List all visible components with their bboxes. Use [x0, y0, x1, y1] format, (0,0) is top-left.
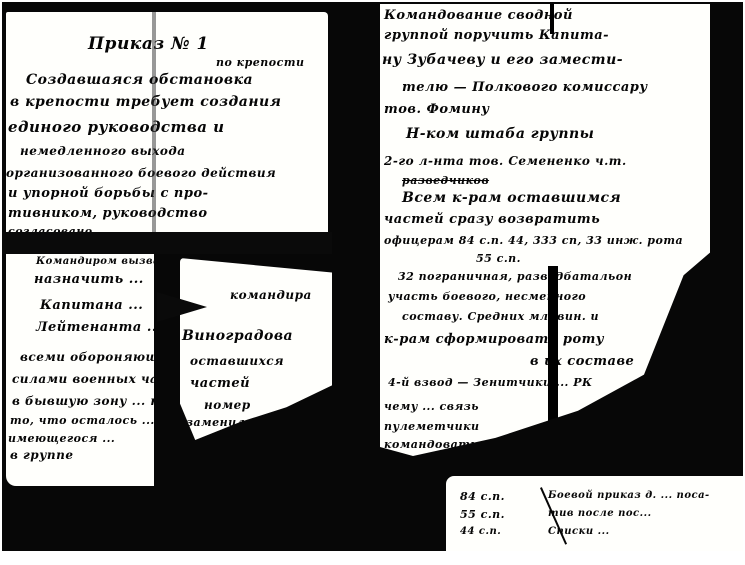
handwritten-line: тов. Фомину	[384, 102, 490, 117]
handwritten-line: частей сразу возвратить	[384, 212, 600, 227]
handwritten-line: группой поручить Капита-	[384, 28, 609, 43]
vertical-crease	[550, 4, 554, 34]
handwritten-line: командовать	[384, 438, 478, 451]
handwritten-line: и упорной борьбы с про-	[8, 186, 209, 201]
handwritten-line: 84 с.п.	[460, 490, 505, 503]
handwritten-line: составу. Средних мл. вин. и	[402, 310, 599, 323]
handwritten-line: немедленного выхода	[20, 144, 186, 158]
handwritten-line: всеми обороняющ. оставшими	[20, 350, 154, 364]
handwritten-line: Капитана ...	[40, 298, 143, 313]
handwritten-line: номер	[204, 398, 251, 412]
handwritten-line: Списки ...	[548, 526, 610, 537]
handwritten-line: силами военных частей	[12, 372, 154, 386]
handwritten-line: разведчиков	[402, 174, 489, 187]
handwritten-line: пулеметчики	[384, 420, 480, 433]
document-photograph: Приказ № 1 по крепости Создавшаяся обста…	[2, 2, 743, 551]
handwritten-line: офицерам 84 с.п. 44, 333 сп, 33 инж. рот…	[384, 234, 683, 247]
handwritten-line: командира	[230, 288, 312, 302]
torn-gap-band	[2, 232, 332, 254]
handwritten-line: 32 пограничная, разведбатальон	[398, 270, 632, 283]
handwritten-line: тивником, руководство	[8, 206, 208, 221]
handwritten-line: оставшихся	[190, 354, 284, 368]
handwritten-line: в группе	[10, 448, 73, 462]
handwritten-line: Всем к-рам оставшимся	[402, 190, 621, 206]
handwritten-line: 55 с.п.	[460, 508, 505, 521]
handwritten-line: по крепости	[216, 56, 304, 69]
paper-fragment-right: Командование сводной группой поручить Ка…	[380, 4, 710, 456]
handwritten-line: единого руководства и	[8, 118, 225, 136]
handwritten-line: Боевой приказ д. ... поса-	[548, 490, 710, 501]
vertical-crease	[548, 266, 558, 456]
paper-fragment-top-left: Приказ № 1 по крепости Создавшаяся обста…	[6, 12, 328, 238]
handwritten-line: Виноградова	[182, 328, 293, 344]
handwritten-line: Командование сводной	[384, 8, 573, 23]
handwritten-line: имеющегося ...	[8, 432, 115, 445]
handwritten-line: заменил	[186, 416, 245, 429]
handwritten-line: 2-го л-нта тов. Семененко ч.т.	[384, 154, 627, 168]
handwritten-line: Лейтенанта ... Виноградова	[36, 320, 154, 335]
handwritten-line: к-рам сформировать роту	[384, 332, 604, 347]
handwritten-line: в их составе	[530, 354, 634, 369]
vertical-crease	[152, 12, 156, 238]
handwritten-line: в бывшую зону ... номер	[12, 394, 154, 408]
order-title: Приказ № 1	[88, 34, 209, 54]
paper-fragment-bottom-center: командира Виноградова оставшихся частей …	[180, 258, 332, 440]
paper-fragment-bottom-left: Командиром вызванного назначить ... Капи…	[6, 254, 154, 486]
handwritten-line: чему ... связь	[384, 400, 479, 413]
handwritten-line: частей	[190, 376, 250, 391]
paper-fragment-bottom-right: 84 с.п. 55 с.п. 44 с.п. Боевой приказ д.…	[446, 476, 743, 551]
handwritten-line: 44 с.п.	[460, 526, 501, 537]
handwritten-line: то, что осталось ... заменит	[10, 414, 154, 427]
handwritten-line: организованного боевого действия	[6, 166, 276, 180]
handwritten-line: 4-й взвод — Зенитчики ... РК	[388, 376, 592, 389]
handwritten-line: тив после пос...	[548, 508, 652, 519]
handwritten-line: телю — Полкового комиссару	[402, 80, 648, 95]
handwritten-line: 55 с.п.	[476, 252, 521, 265]
handwritten-line: Командиром вызванного	[36, 256, 154, 267]
handwritten-line: Н-ком штаба группы	[406, 126, 594, 142]
handwritten-line: в крепости требует создания	[10, 94, 281, 110]
handwritten-line: назначить ...	[34, 272, 144, 287]
handwritten-line: ну Зубачеву и его замести-	[382, 52, 623, 68]
handwritten-line: Создавшаяся обстановка	[26, 72, 253, 88]
